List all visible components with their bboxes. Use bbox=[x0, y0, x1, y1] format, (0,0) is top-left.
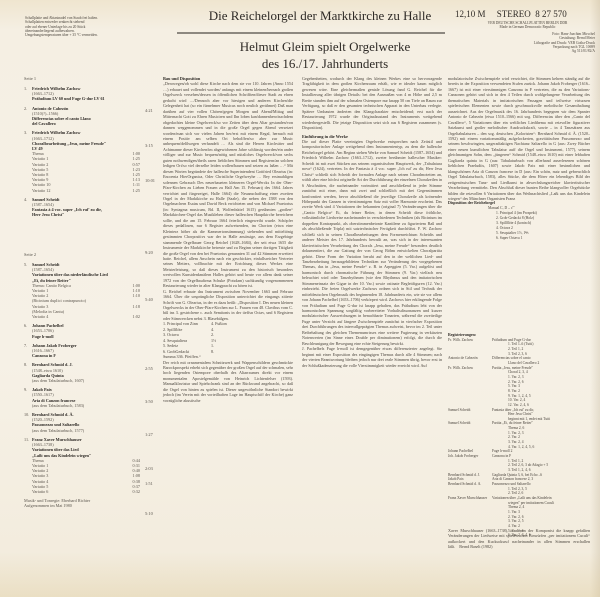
registration-work: Differencias sobre el canto bbox=[492, 356, 588, 361]
part-time: 1:02 bbox=[133, 314, 140, 319]
registration-composer: Bernhard Schmid d. Ä. bbox=[448, 482, 492, 487]
track-part-row: Variatio 41:02 bbox=[32, 314, 144, 319]
track-item: 6.Johann Pachelbel(1653–1706)Fuge h-moll bbox=[24, 323, 144, 339]
track-number: 11. bbox=[24, 437, 29, 442]
track-duration: 2:03 bbox=[145, 466, 153, 471]
registration-work: Fantasia über „Ich ruf' zu dir, bbox=[492, 408, 588, 413]
title-divider bbox=[177, 32, 445, 34]
track-item: 11.Franz Xaver Murschhauser(1663–1738)Va… bbox=[24, 437, 144, 494]
price: 12,10 M bbox=[455, 9, 486, 19]
essay-column-2: Gegebenheiten, wodurch der Klang des kle… bbox=[302, 76, 442, 368]
part-time: 1:18 bbox=[133, 304, 140, 309]
essay-column-1: Bau und Disposition „Derowegen/ob wohl d… bbox=[163, 76, 293, 403]
track-work-title: del Cavallero bbox=[32, 121, 144, 126]
essay-paragraph: modulatorische Zwischenspiele wird verzi… bbox=[448, 76, 590, 201]
subtitle-line-1: Helmut Gleim spielt Orgelwerke bbox=[195, 38, 455, 55]
registration-work: Partita „Ei, du feiner Reiter" bbox=[492, 421, 588, 426]
track-number: 3. bbox=[24, 130, 27, 135]
side-track-list: 5.Samuel Scheidt(1587–1654)Variationen ü… bbox=[24, 262, 144, 509]
disposition-stop: 6. Super Octava 1 bbox=[488, 236, 590, 241]
disposition-block: Disposition der Reichelorgel Manual C, D… bbox=[448, 201, 590, 240]
registration-work: Canzona in F bbox=[492, 454, 588, 459]
essay-paragraph: Gegebenheiten, wodurch der Klang des kle… bbox=[302, 76, 442, 131]
essay-paragraph: Die auf dieser Platte vereinigten Orgelw… bbox=[302, 139, 442, 346]
track-work-title: Fuge h-moll bbox=[32, 334, 144, 339]
registration-composer: Franz Xaver Murschhauser bbox=[448, 496, 492, 501]
registration-table: Registrierungen:Fr. Wilh. ZachowPräludiu… bbox=[448, 333, 588, 538]
original-stop-list: 1. Principal von Zinn4. Fußton2. Spillfl… bbox=[163, 321, 293, 354]
track-item: 10.Bernhard Schmid d. Ä.(1520–1592)Passo… bbox=[24, 412, 144, 433]
registration-work: Präludium und Fuge G-dur bbox=[492, 338, 588, 343]
track-duration: 2:55 bbox=[145, 366, 153, 371]
track-item: 2.Antonio de Cabezón(1510(?)–1566)Differ… bbox=[24, 106, 144, 127]
registration-row: Bernhard Schmid d. Ä.Passomezzo und Salt… bbox=[448, 482, 588, 487]
essay-paragraph: J. Pachelbels Fuge h-moll ist demgegenüb… bbox=[302, 346, 442, 368]
registration-composer: Samuel Scheidt bbox=[448, 421, 492, 426]
record-back-cover: Schallplatte und Abtastnadel von Staub f… bbox=[0, 0, 600, 597]
track-number: 5. bbox=[24, 262, 27, 267]
track-work-title: Präludium LV 60 und Fuge G-dur LV 61 bbox=[32, 96, 144, 101]
registration-composer: Samuel Scheidt bbox=[448, 408, 492, 413]
part-time: 1:10 bbox=[133, 293, 140, 298]
cover-edge-shadow bbox=[590, 0, 600, 597]
track-work-title: Canzona in F bbox=[32, 353, 144, 358]
page-title: Die Reichelorgel der Marktkirche zu Hall… bbox=[190, 8, 450, 24]
track-item: 1.Friedrich Wilhelm Zachow(1663–1712)Prä… bbox=[24, 86, 144, 102]
track-duration: 10:01 bbox=[145, 178, 155, 183]
essay-author: Bernd Baselt (1982) bbox=[459, 544, 492, 549]
track-source-note: (aus dem Tabulaturbuch, 1583) bbox=[32, 403, 144, 408]
part-name: Variatio 12 bbox=[32, 188, 51, 193]
registration-work: Partita „Jesu, meine Freude" bbox=[492, 366, 588, 371]
track-number: 7. bbox=[24, 343, 27, 348]
track-item: 8.Bernhard Schmid d. J.(1548–etwa 1610)G… bbox=[24, 362, 144, 383]
track-number: 9. bbox=[24, 387, 27, 392]
subtitle-line-2: des 16./17. Jahrhunderts bbox=[195, 55, 455, 72]
track-source-note: (aus dem Tabulaturbuch, 1577) bbox=[32, 428, 144, 433]
side-track-list: 1.Friedrich Wilhelm Zachow(1663–1712)Prä… bbox=[24, 86, 144, 222]
registration-composer: Fr. Wilh. Zachow bbox=[448, 338, 492, 343]
stop-pitch: 8. bbox=[211, 349, 231, 354]
catalog-info: 12,10 M STEREO 8 27 570 bbox=[455, 9, 595, 19]
registration-composer: Antonio de Cabezón bbox=[448, 356, 492, 361]
track-item: 3.Friedrich Wilhelm Zachow(1663–1712)Cho… bbox=[24, 130, 144, 192]
side-label: Seite 1 bbox=[24, 76, 36, 81]
track-duration: 4:21 bbox=[145, 108, 153, 113]
cover-bottom-wear bbox=[0, 552, 600, 597]
track-number: 4. bbox=[24, 197, 27, 202]
essay-paragraph: „Derowegen/ob wohl diese Kirche nach dem… bbox=[163, 81, 293, 288]
credit-code: Ag 511/01/82/A bbox=[460, 49, 595, 53]
part-name: Variatio 6 bbox=[32, 489, 48, 494]
registration-composer: Joh. Jakob Froberger bbox=[448, 454, 492, 459]
track-duration: 3:15 bbox=[145, 143, 153, 148]
publisher-info: VEB DEUTSCHE SCHALLPLATTEN BERLIN DDR Ma… bbox=[460, 21, 595, 54]
registration-composer: Fr. Wilh. Zachow bbox=[448, 366, 492, 371]
essay-closing: Xaver Murschhauser (1663–1738), in denen… bbox=[448, 528, 590, 550]
recording-credit: Aufgenommen im Mai 1980 bbox=[24, 503, 144, 508]
part-name: Variatio 4 bbox=[32, 314, 48, 319]
track-number: 10. bbox=[24, 412, 29, 417]
track-duration: 5:40 bbox=[145, 297, 153, 302]
page-subtitle: Helmut Gleim spielt Orgelwerke des 16./1… bbox=[195, 38, 455, 72]
registration-row: Franz Xaver MurschhauserVariationen über… bbox=[448, 496, 588, 501]
track-duration: 3:50 bbox=[145, 399, 153, 404]
track-duration: 1:51 bbox=[145, 481, 153, 486]
track-part-row: Variatio 60:32 bbox=[32, 489, 144, 494]
track-number: 8. bbox=[24, 362, 27, 367]
audio-format: STEREO bbox=[497, 9, 531, 19]
catalog-number: 8 27 570 bbox=[535, 9, 567, 19]
track-duration: 9:20 bbox=[145, 250, 153, 255]
track-source-note: (aus dem Tabulaturbuch, 1607) bbox=[32, 378, 144, 383]
track-item: 4.Samuel Scheidt(1587–1654)Fantasia à 4 … bbox=[24, 197, 144, 218]
side-label: Seite 2 bbox=[24, 252, 36, 257]
track-duration: 5:10 bbox=[145, 511, 153, 516]
part-time: 0:32 bbox=[133, 489, 140, 494]
track-work-title: Herr Jesu Christ" bbox=[32, 212, 144, 217]
essay-paragraph: G. Reichel erbaute das Instrument zwisch… bbox=[163, 289, 293, 322]
registration-work: Passomezzo und Saltarello bbox=[492, 482, 588, 487]
track-number: 6. bbox=[24, 323, 27, 328]
essay-column-3: modulatorische Zwischenspiele wird verzi… bbox=[448, 76, 590, 241]
track-number: 2. bbox=[24, 106, 27, 111]
handling-note: Schallplatte und Abtastnadel von Staub f… bbox=[25, 16, 135, 37]
track-item: 7.Johann Jakob Froberger(1616–1667)Canzo… bbox=[24, 343, 144, 359]
part-time: 1:25 bbox=[133, 188, 140, 193]
essay-paragraph: Der reich mit ornamentalem Schnitzwerk u… bbox=[163, 360, 293, 404]
disposition-stops: Manual C, D – c'''1. Principal 4 (im Pro… bbox=[448, 206, 590, 240]
handling-line: Umgebungstemperaturen über + 35 °C verme… bbox=[25, 33, 135, 37]
track-number: 1. bbox=[24, 86, 27, 91]
track-item: 5.Samuel Scheidt(1587–1654)Variationen ü… bbox=[24, 262, 144, 319]
track-duration: 1:27 bbox=[145, 432, 153, 437]
registration-work: Variationen über „Laßt uns das Kindelein bbox=[492, 496, 588, 501]
track-item: 9.Jakob Paix(1550–1617)Aria di Canzon fr… bbox=[24, 387, 144, 408]
track-part-row: Variatio 121:25 bbox=[32, 188, 144, 193]
